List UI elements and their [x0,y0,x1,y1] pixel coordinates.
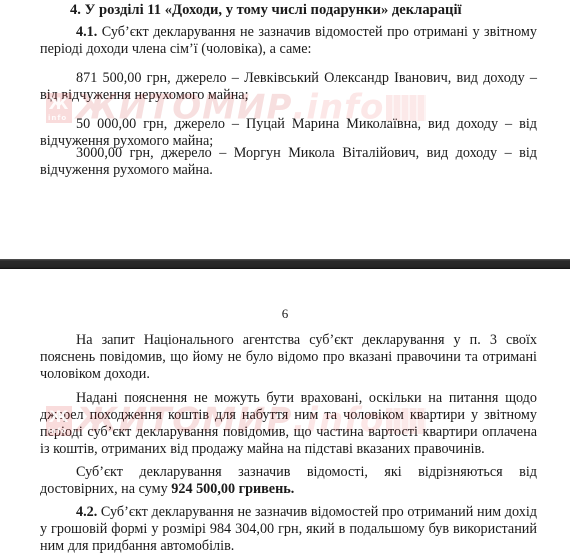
paragraph-4-2: 4.2. Суб’єкт декларування не зазначив ві… [40,504,537,555]
paragraph-text: Надані пояснення не можуть бути врахован… [40,390,537,458]
income-item-text: 871 500,00 грн, джерело – Левківський Ол… [40,70,537,104]
document-page-bottom: 6 На запит Національного агентства суб’є… [0,270,570,560]
document-page-top: 4. У розділі 11 «Доходи, у тому числі по… [0,0,570,259]
clause-text: Суб’єкт декларування не зазначив відомос… [40,24,537,57]
clause-number: 4.2. [76,504,97,520]
paragraph-explanation: На запит Національного агентства суб’єкт… [40,332,537,383]
clause-number: 4.1. [76,24,97,40]
section-heading: 4. У розділі 11 «Доходи, у тому числі по… [70,2,462,19]
discrepancy-amount: 924 500,00 гривень. [171,481,294,497]
clause-text: Суб’єкт декларування не зазначив відомос… [40,504,537,554]
income-item: 3000,00 грн, джерело – Моргун Микола Віт… [40,145,537,179]
paragraph-rejection: Надані пояснення не можуть бути врахован… [40,390,537,458]
page-number: 6 [0,305,570,322]
page-break-divider [0,259,570,269]
paragraph-text: На запит Національного агентства суб’єкт… [40,332,537,383]
income-item-text: 3000,00 грн, джерело – Моргун Микола Віт… [40,145,537,179]
paragraph-discrepancy: Суб’єкт декларування зазначив відомості,… [40,464,537,498]
income-item: 871 500,00 грн, джерело – Левківський Ол… [40,70,537,104]
paragraph-4-1: 4.1. Суб’єкт декларування не зазначив ві… [40,24,537,58]
